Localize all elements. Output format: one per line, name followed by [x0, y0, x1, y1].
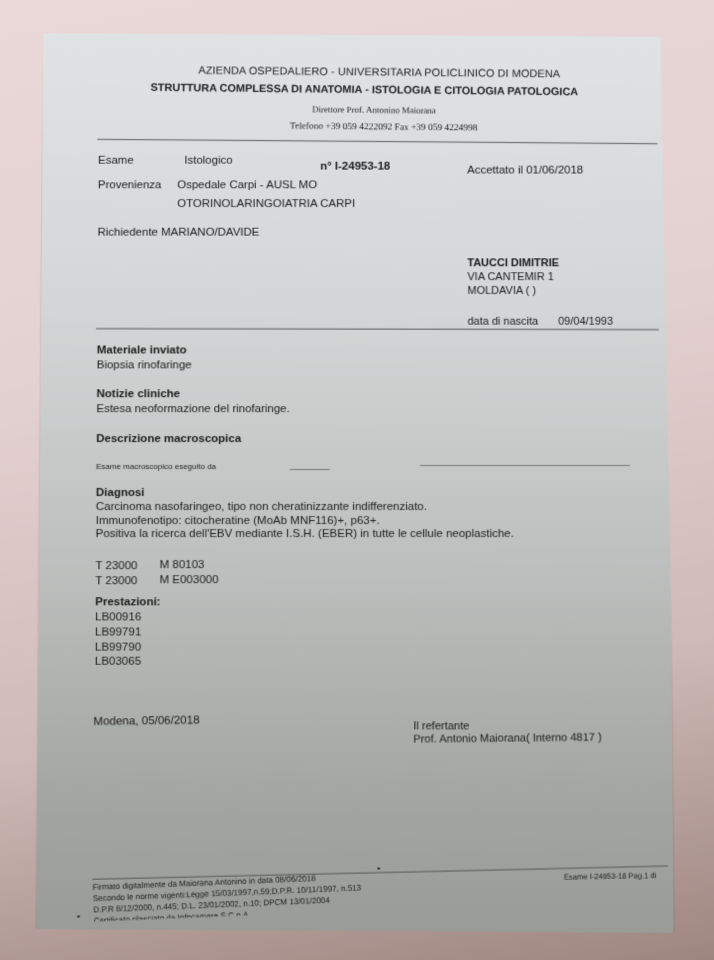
origin-label: Provenienza	[98, 179, 162, 191]
morphology-code-1: M 80103	[160, 559, 205, 571]
origin-line-1: Ospedale Carpi - AUSL MO	[177, 179, 317, 191]
macro-signature-line	[290, 469, 330, 470]
clinical-title: Notizie cliniche	[97, 388, 181, 400]
service-item: LB99790	[95, 642, 141, 654]
service-item: LB00916	[95, 611, 141, 623]
material-title: Materiale inviato	[97, 345, 187, 357]
diagnosis-title: Diagnosi	[96, 487, 145, 499]
department-name: STRUTTURA COMPLESSA DI ANATOMIA - ISTOLO…	[62, 81, 666, 99]
diagnosis-line-3: Positiva la ricerca dell'EBV mediante I.…	[96, 528, 514, 540]
dob-value: 09/04/1993	[558, 316, 613, 328]
paper-mark	[77, 915, 80, 917]
signer-name: Prof. Antonio Maiorana( Interno 4817 )	[413, 731, 601, 745]
macro-title: Descrizione macroscopica	[96, 433, 241, 445]
topography-code-1: T 23000	[95, 560, 137, 572]
exam-number: n° I-24953-18	[320, 161, 390, 173]
services-title: Prestazioni:	[95, 596, 160, 608]
patient-divider	[96, 328, 659, 330]
paper-mark	[377, 868, 380, 870]
header-divider	[97, 139, 657, 144]
topography-code-2: T 23000	[95, 575, 137, 587]
patient-country: MOLDAVIA ( )	[467, 285, 536, 297]
place-date: Modena, 05/06/2018	[93, 715, 199, 729]
origin-line-2: OTORINOLARINGOIATRIA CARPI	[177, 198, 355, 210]
signer-label: Il refertante	[413, 720, 469, 732]
exam-label: Esame	[98, 155, 134, 167]
requester: Richiedente MARIANO/DAVIDE	[98, 227, 260, 239]
diagnosis-line-1: Carcinoma nasofaringeo, tipo non cherati…	[96, 501, 427, 513]
macro-text: Esame macroscopico eseguito da	[96, 462, 216, 471]
page-reference: Esame I-24953-18 Pag.1 di	[564, 871, 656, 882]
organization-name: AZIENDA OSPEDALIERO - UNIVERSITARIA POLI…	[92, 64, 666, 82]
patient-name: TAUCCI DIMITRIE	[467, 257, 559, 269]
pathology-report-page: AZIENDA OSPEDALIERO - UNIVERSITARIA POLI…	[36, 33, 673, 933]
director-name: Direttore Prof. Antonino Maiorana	[82, 102, 667, 118]
accepted-date: Accettato il 01/06/2018	[467, 165, 583, 177]
material-text: Biopsia rinofaringe	[97, 359, 192, 371]
macro-signature-line-2	[420, 465, 630, 466]
service-item: LB03065	[95, 656, 141, 668]
clinical-text: Estesa neoformazione del rinofaringe.	[96, 403, 289, 415]
exam-type: Istologico	[184, 155, 232, 167]
patient-address: VIA CANTEMIR 1	[467, 271, 553, 283]
morphology-code-2: M E003000	[159, 574, 218, 586]
service-item: LB99791	[95, 626, 141, 638]
contact-numbers: Telefono +39 059 4222092 Fax +39 059 422…	[101, 120, 666, 136]
diagnosis-line-2: Immunofenotipo: citocheratine (MoAb MNF1…	[96, 515, 380, 527]
report-header: AZIENDA OSPEDALIERO - UNIVERSITARIA POLI…	[44, 30, 667, 36]
dob-label: data di nascita	[468, 316, 539, 328]
